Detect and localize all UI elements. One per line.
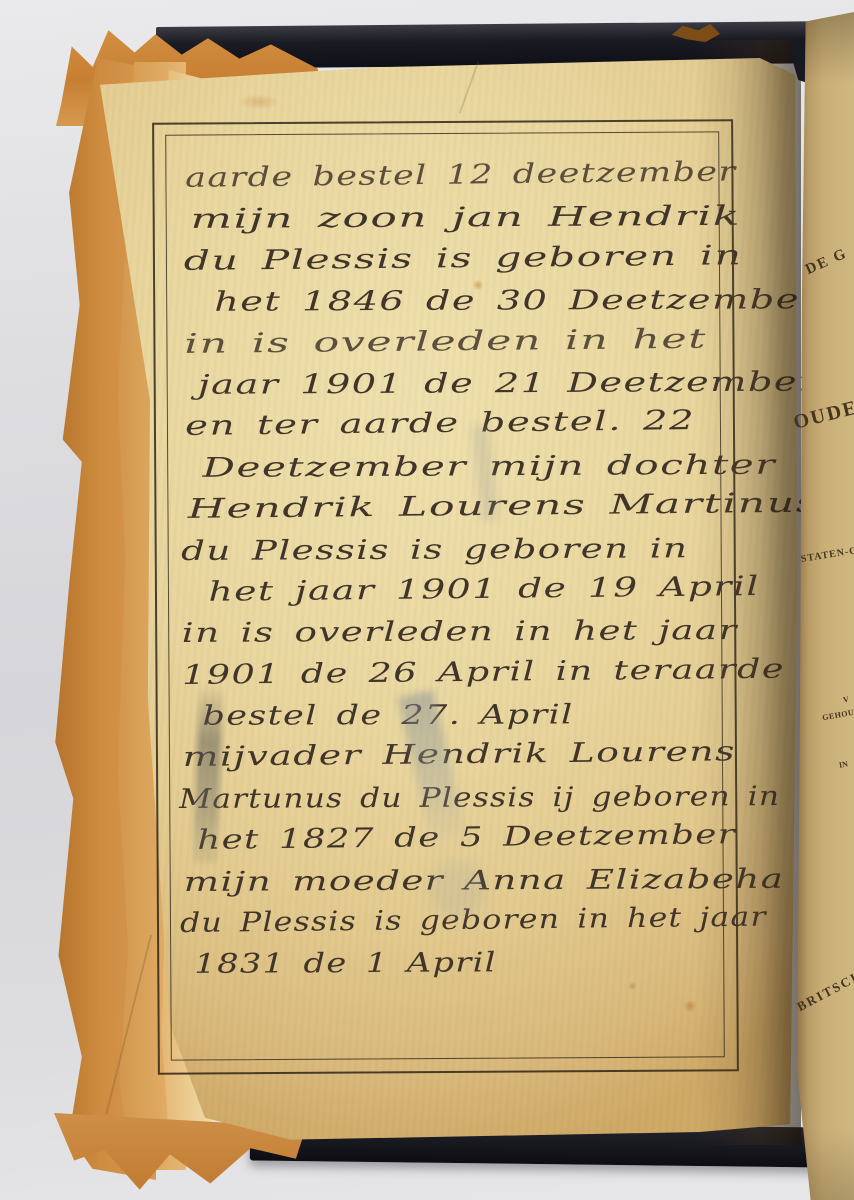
handwriting-block: aarde bestel 12 deetzember mijn zoon jan…	[174, 154, 740, 986]
photo-of-open-book: aarde bestel 12 deetzember mijn zoon jan…	[0, 0, 854, 1200]
title-page-text-fragment: IN	[838, 759, 848, 769]
paper-stain	[628, 982, 637, 990]
ink-smudge	[430, 862, 485, 917]
paper-stain	[238, 94, 280, 110]
title-page-text-fragment: V	[842, 695, 849, 705]
book-gutter-shadow	[695, 40, 801, 1145]
paper-stain	[472, 280, 484, 290]
